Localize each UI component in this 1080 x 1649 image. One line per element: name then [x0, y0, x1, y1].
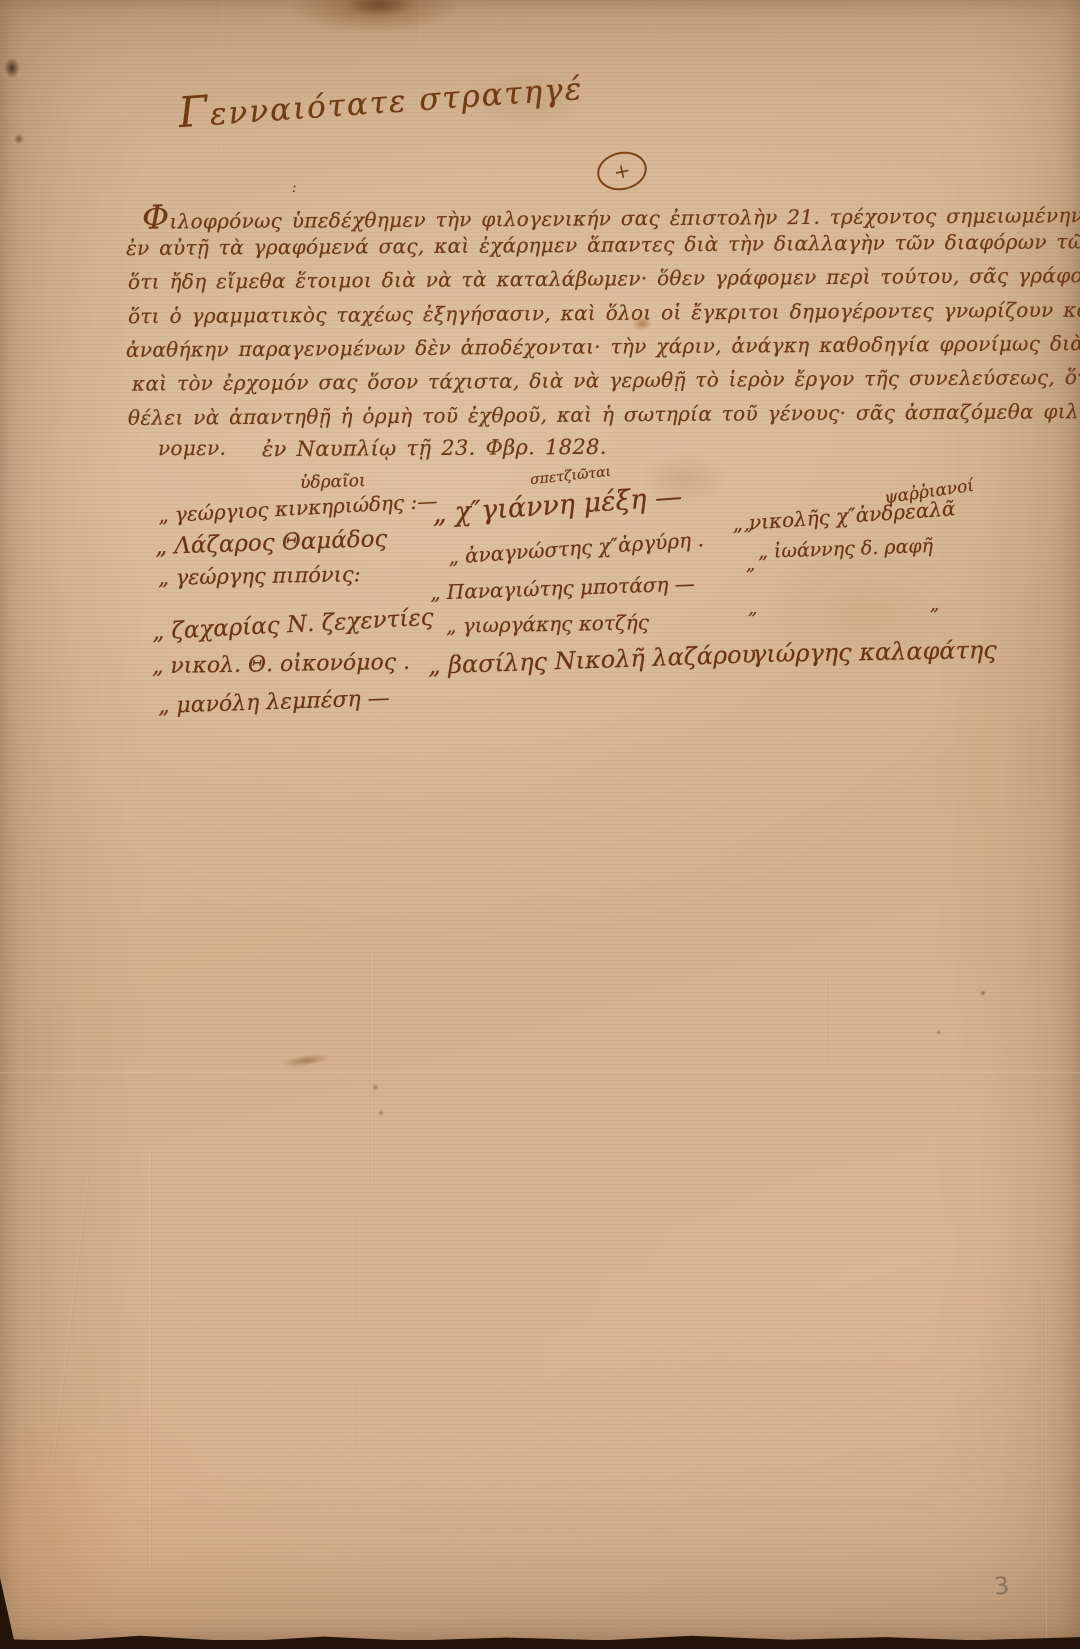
scanned-page: Γενναιότατε στρατηγέ : + Φιλοφρόνως ὑπεδ…: [0, 0, 1080, 1649]
ditto-mark: „: [930, 594, 939, 615]
ditto-mark: „: [748, 598, 757, 619]
cross-glyph: +: [611, 158, 632, 185]
ditto-mark: „: [746, 554, 755, 575]
closing-word: νομεν.: [158, 436, 226, 460]
signature-name: „ γεώργης πιπόνις:: [158, 562, 361, 590]
dateline: ἐν Ναυπλίῳ τῇ 23. Φβρ. 1828.: [262, 435, 607, 461]
signature-name: „ γιωργάκης κοτζής: [446, 610, 649, 638]
page-number-pencil: 3: [993, 1571, 1011, 1600]
signature-name: „ νικολ. Θ. οἰκονόμος .: [152, 650, 410, 679]
ditto-mark: „: [744, 514, 753, 535]
signature-column-header-hydra: ὑδραῖοι: [300, 471, 366, 493]
signature-name: γιώργης καλαφάτης: [752, 636, 997, 668]
